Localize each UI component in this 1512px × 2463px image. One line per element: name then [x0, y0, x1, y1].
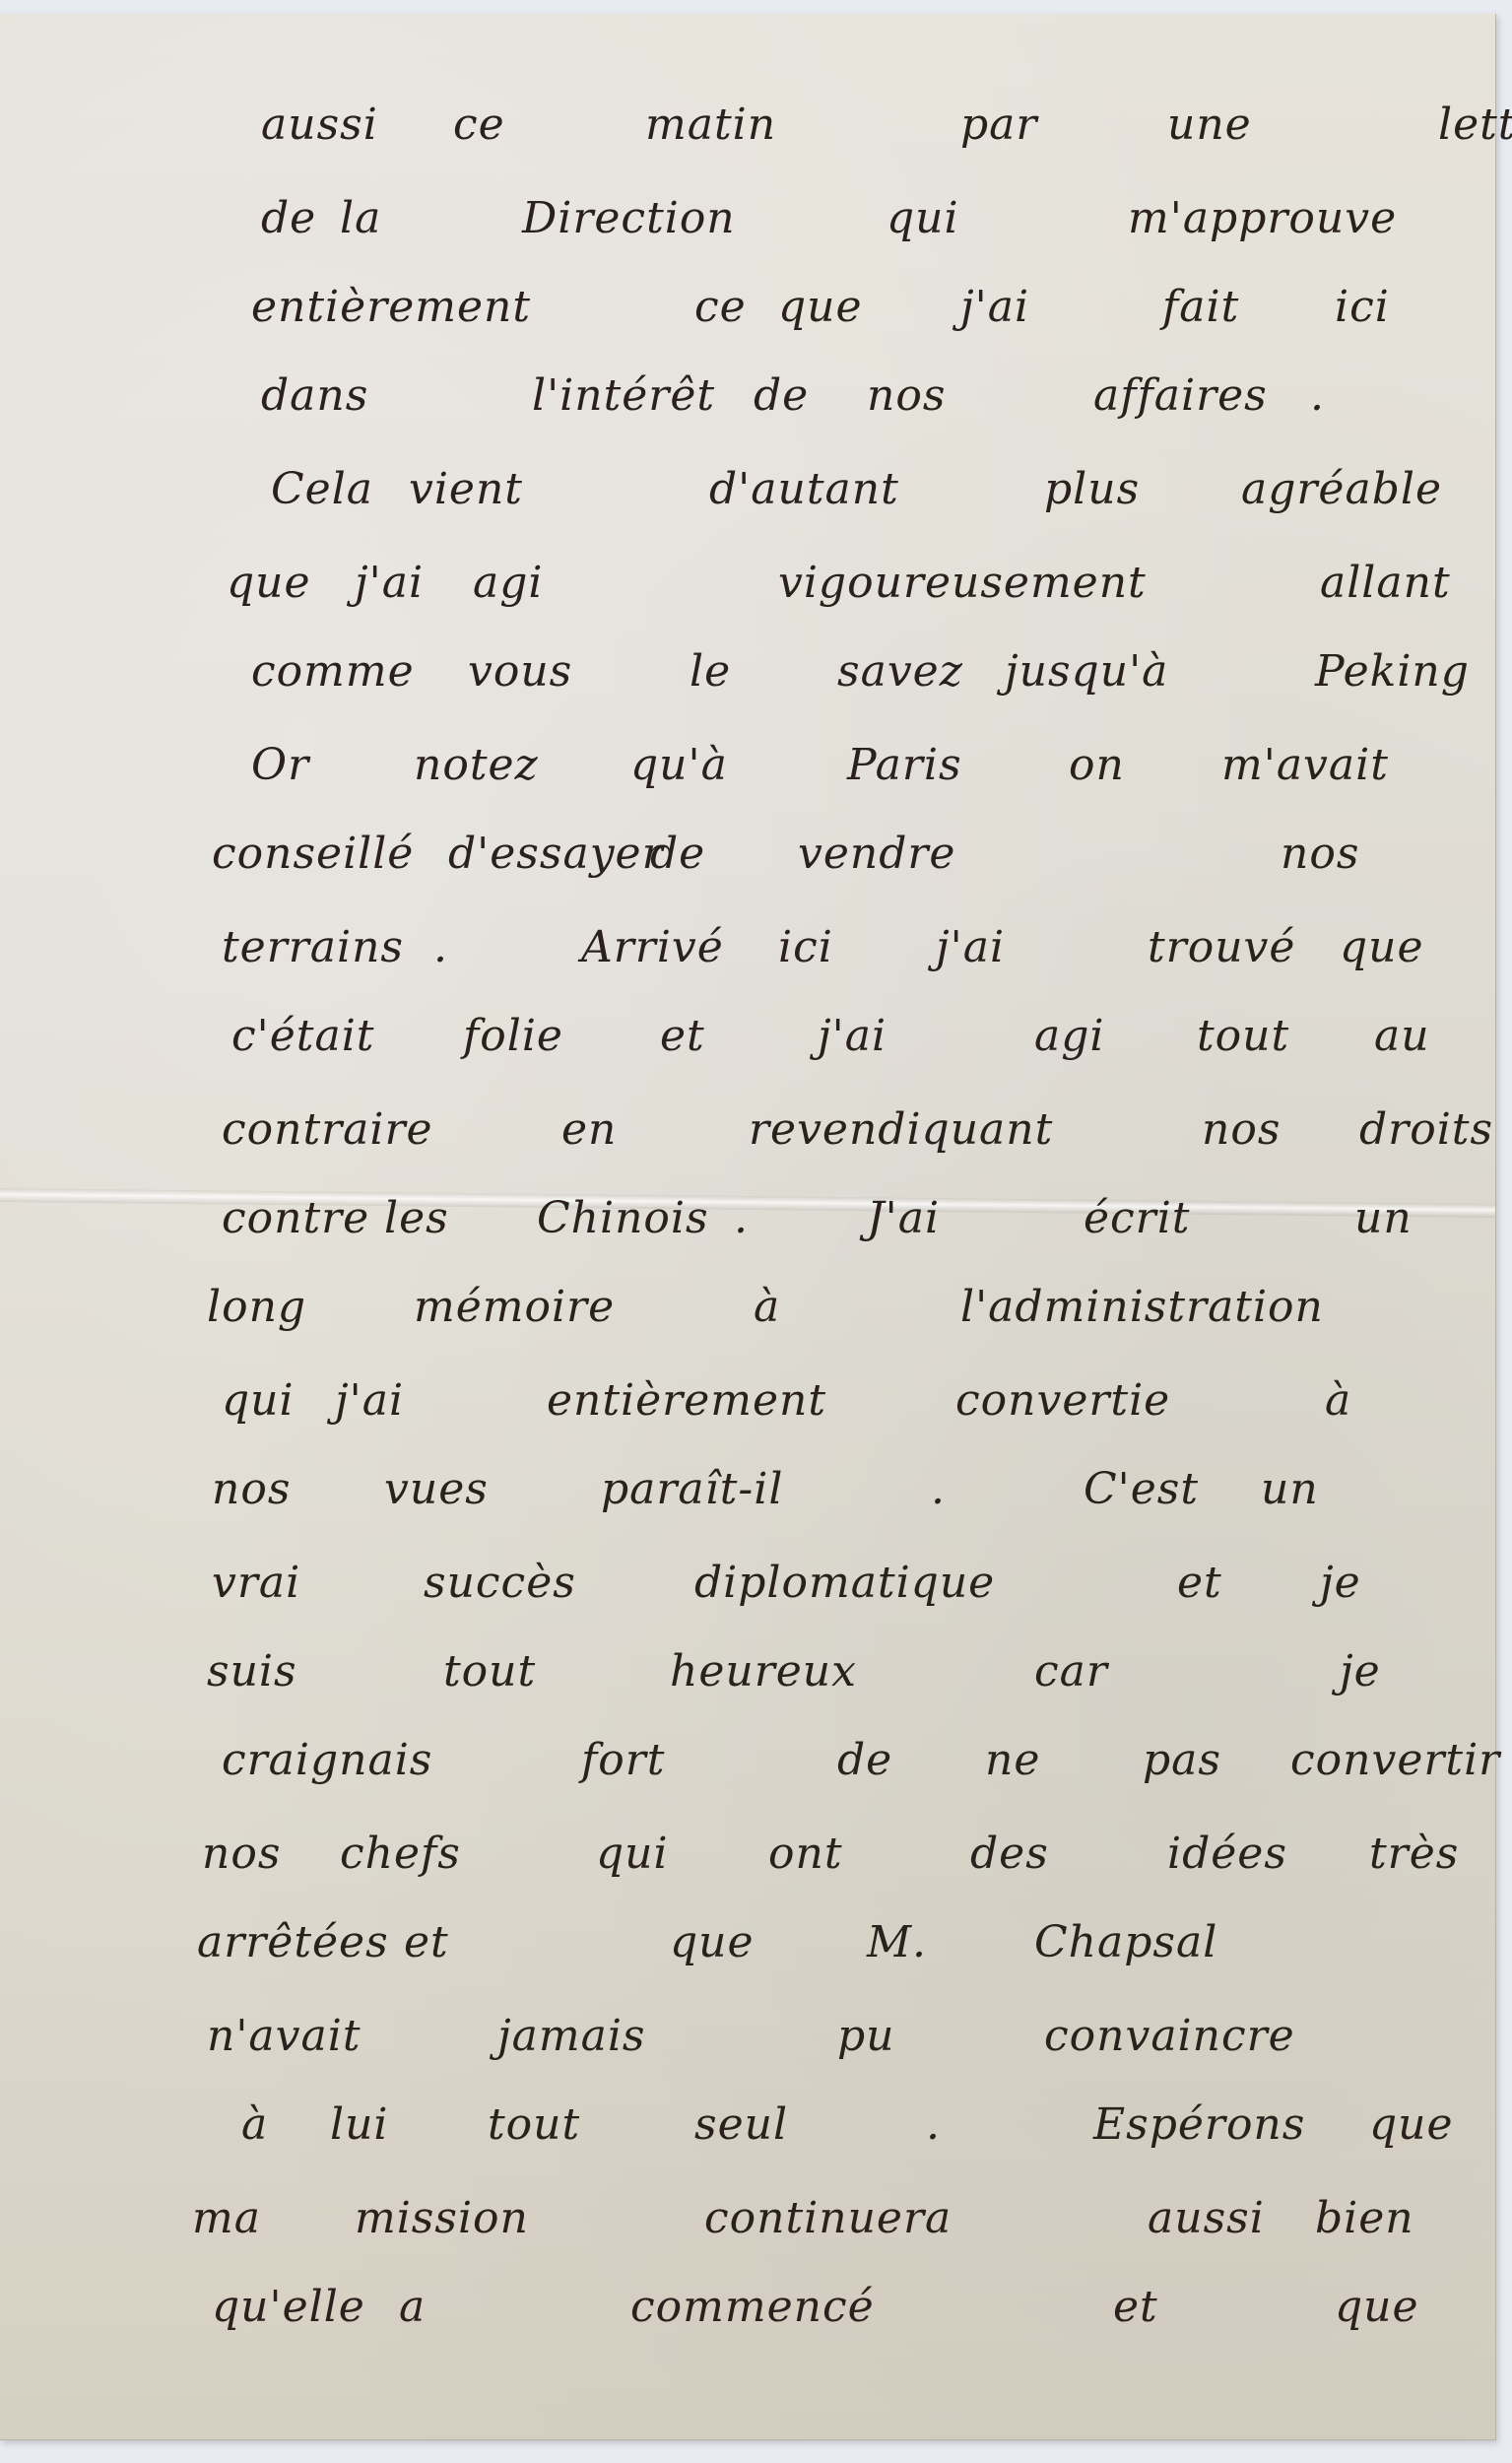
handwritten-word: convaincre — [1044, 2011, 1295, 2061]
handwritten-word: nos — [202, 1829, 281, 1879]
handwritten-word: de — [650, 829, 705, 879]
handwritten-word: Peking — [1315, 646, 1470, 697]
handwritten-word: ma — [192, 2193, 261, 2243]
text-line: entièrementcequej'aifaitici — [0, 255, 1495, 344]
text-line: aussicematinparunelettre — [0, 73, 1495, 162]
handwritten-word: vigoureusement — [778, 558, 1147, 608]
handwritten-word: arrêtées — [197, 1917, 389, 1967]
text-line: delaDirectionquim'approuve — [0, 166, 1495, 255]
handwritten-word: de — [754, 370, 809, 421]
handwritten-word: paraît-il — [601, 1464, 783, 1514]
handwritten-word: craignais — [222, 1735, 432, 1785]
handwritten-word: convertie — [955, 1375, 1170, 1426]
handwritten-word: Chinois — [537, 1193, 709, 1243]
handwritten-word: commencé — [630, 2282, 875, 2332]
handwritten-word: par — [960, 100, 1037, 150]
handwritten-word: l'administration — [960, 1282, 1324, 1332]
handwritten-word: Direction — [522, 193, 736, 243]
text-line: dansl'intérêtdenosaffaires. — [0, 344, 1495, 433]
handwritten-word: m'approuve — [1128, 193, 1397, 243]
handwritten-word: et — [404, 1917, 449, 1967]
text-line: conseilléd'essayerdevendrenos — [0, 802, 1495, 891]
handwritten-word: aussi — [1148, 2193, 1265, 2243]
handwritten-word: j'ai — [936, 922, 1005, 972]
handwritten-word: entièrement — [251, 282, 531, 332]
text-line: longmémoireàl'administration — [0, 1255, 1495, 1344]
handwritten-word: . — [1310, 370, 1325, 421]
handwritten-word: Chapsal — [1034, 1917, 1217, 1967]
handwritten-word: vues — [384, 1464, 489, 1514]
handwritten-word: heureux — [670, 1646, 857, 1697]
handwritten-word: plus — [1044, 464, 1140, 514]
handwritten-word: des — [970, 1829, 1049, 1879]
handwritten-word: mémoire — [414, 1282, 615, 1332]
handwritten-word: qui — [596, 1829, 669, 1879]
handwritten-word: ce — [694, 282, 747, 332]
handwritten-word: idées — [1167, 1829, 1287, 1879]
handwritten-word: . — [926, 2099, 941, 2150]
handwritten-word: chefs — [340, 1829, 461, 1879]
handwritten-word: un — [1354, 1193, 1413, 1243]
handwritten-word: n'avait — [207, 2011, 362, 2061]
letter-page: aussicematinparunelettredelaDirectionqui… — [0, 14, 1496, 2440]
handwritten-word: c'était — [231, 1011, 374, 1061]
handwritten-word: trouvé — [1148, 922, 1295, 972]
handwritten-word: conseillé — [212, 829, 414, 879]
handwritten-word: Paris — [847, 740, 962, 790]
handwritten-word: écrit — [1084, 1193, 1190, 1243]
handwritten-word: terrains — [222, 922, 404, 972]
handwritten-word: jusqu'à — [1005, 646, 1168, 697]
handwritten-word: fort — [581, 1735, 666, 1785]
handwritten-word: savez — [837, 646, 963, 697]
handwritten-word: ce — [453, 100, 505, 150]
handwritten-word: vient — [409, 464, 523, 514]
text-line: Ornotezqu'àParisonm'avait — [0, 713, 1495, 802]
handwritten-word: nos — [212, 1464, 291, 1514]
handwritten-word: Espérons — [1093, 2099, 1305, 2150]
handwritten-word: seul — [694, 2099, 788, 2150]
handwritten-word: . — [734, 1193, 749, 1243]
handwritten-word: de — [261, 193, 316, 243]
handwritten-word: tout — [1197, 1011, 1289, 1061]
handwritten-word: droits — [1359, 1104, 1493, 1155]
text-line: commevouslesavezjusqu'àPeking — [0, 620, 1495, 708]
handwritten-word: j'ai — [335, 1375, 404, 1426]
handwritten-word: . — [433, 922, 448, 972]
handwritten-word: comme — [251, 646, 415, 697]
handwritten-word: très — [1369, 1829, 1459, 1879]
handwritten-word: . — [931, 1464, 946, 1514]
handwritten-word: l'intérêt — [532, 370, 715, 421]
handwritten-word: continuera — [704, 2193, 952, 2243]
handwritten-word: les — [384, 1193, 449, 1243]
handwritten-word: long — [207, 1282, 306, 1332]
handwritten-word: dans — [261, 370, 368, 421]
handwritten-word: diplomatique — [694, 1558, 995, 1608]
handwritten-word: ne — [985, 1735, 1040, 1785]
handwritten-word: et — [660, 1011, 705, 1061]
handwritten-word: j'ai — [818, 1011, 887, 1061]
handwritten-word: qui — [887, 193, 959, 243]
handwritten-word: matin — [645, 100, 776, 150]
handwritten-word: que — [670, 1917, 755, 1967]
handwritten-word: tout — [443, 1646, 536, 1697]
text-line: contraireenrevendiquantnosdroits — [0, 1078, 1495, 1166]
text-line: contrelesChinois.J'aiécritun — [0, 1166, 1495, 1255]
handwritten-word: a — [399, 2282, 426, 2332]
handwritten-word: lettre — [1438, 100, 1512, 150]
handwritten-word: vendre — [798, 829, 955, 879]
handwritten-word: que — [227, 558, 311, 608]
text-line: nosvuesparaît-il.C'estun — [0, 1437, 1495, 1526]
handwritten-word: à — [754, 1282, 780, 1332]
handwritten-word: à — [1325, 1375, 1351, 1426]
handwritten-word: au — [1374, 1011, 1430, 1061]
handwritten-word: que — [1335, 2282, 1419, 2332]
handwritten-word: allant — [1320, 558, 1451, 608]
handwritten-word: notez — [414, 740, 539, 790]
handwritten-word: vous — [468, 646, 572, 697]
handwritten-word: d'autant — [709, 464, 899, 514]
handwritten-word: pas — [1143, 1735, 1221, 1785]
text-line: àluitoutseul.Espéronsque — [0, 2073, 1495, 2162]
handwritten-word: Or — [251, 740, 309, 790]
handwritten-word: que — [778, 282, 863, 332]
handwritten-word: agi — [473, 558, 543, 608]
handwritten-word: nos — [1281, 829, 1359, 879]
text-line: noschefsquiontdesidéestrès — [0, 1802, 1495, 1891]
handwritten-word: revendiquant — [749, 1104, 1053, 1155]
handwritten-word: entièrement — [547, 1375, 826, 1426]
text-line: arrêtéesetqueM.Chapsal — [0, 1891, 1495, 1979]
handwritten-word: nos — [867, 370, 946, 421]
text-line: suistoutheureuxcarje — [0, 1620, 1495, 1708]
handwritten-word: C'est — [1084, 1464, 1199, 1514]
handwritten-word: J'ai — [867, 1193, 940, 1243]
handwritten-word: vrai — [212, 1558, 300, 1608]
handwritten-word: ici — [1335, 282, 1390, 332]
handwritten-word: mission — [355, 2193, 529, 2243]
handwritten-word: j'ai — [355, 558, 424, 608]
handwritten-word: convertir — [1290, 1735, 1500, 1785]
handwritten-word: folie — [463, 1011, 563, 1061]
handwritten-word: que — [1369, 2099, 1454, 2150]
text-line: c'étaitfolieetj'aiagitoutau — [0, 984, 1495, 1073]
handwritten-word: de — [837, 1735, 892, 1785]
handwritten-word: tout — [488, 2099, 580, 2150]
handwritten-word: la — [340, 193, 381, 243]
text-line: qu'elleacommencéetque — [0, 2255, 1495, 2344]
handwritten-word: bien — [1315, 2193, 1414, 2243]
handwritten-word: un — [1261, 1464, 1319, 1514]
handwritten-word: aussi — [261, 100, 378, 150]
text-line: craignaisfortdenepasconvertir — [0, 1708, 1495, 1797]
text-line: terrains.Arrivéicij'aitrouvéque — [0, 896, 1495, 984]
handwritten-word: nos — [1202, 1104, 1281, 1155]
text-line: mamissioncontinueraaussibien — [0, 2166, 1495, 2255]
handwritten-word: Cela — [271, 464, 373, 514]
handwritten-word: à — [241, 2099, 268, 2150]
handwritten-word: affaires — [1093, 370, 1268, 421]
handwritten-word: contre — [222, 1193, 369, 1243]
handwritten-word: agréable — [1241, 464, 1442, 514]
handwritten-word: et — [1113, 2282, 1158, 2332]
handwritten-word: qu'à — [630, 740, 728, 790]
handwritten-word: on — [1069, 740, 1125, 790]
handwritten-word: le — [690, 646, 731, 697]
text-line: n'avaitjamaispuconvaincre — [0, 1984, 1495, 2073]
handwritten-word: et — [1177, 1558, 1222, 1608]
handwritten-word: car — [1034, 1646, 1108, 1697]
handwritten-word: d'essayer — [448, 829, 664, 879]
handwritten-word: M. — [867, 1917, 927, 1967]
handwritten-word: fait — [1162, 282, 1239, 332]
text-line: vraisuccèsdiplomatiqueetje — [0, 1531, 1495, 1620]
handwritten-word: succès — [424, 1558, 576, 1608]
handwritten-word: suis — [207, 1646, 297, 1697]
handwritten-word: que — [1340, 922, 1424, 972]
handwritten-word: agi — [1034, 1011, 1104, 1061]
handwritten-word: qui — [222, 1375, 295, 1426]
handwritten-word: je — [1320, 1558, 1361, 1608]
text-line: Celavientd'autantplusagréable — [0, 437, 1495, 526]
handwritten-word: ont — [768, 1829, 843, 1879]
handwritten-word: pu — [837, 2011, 895, 2061]
handwritten-word: en — [561, 1104, 617, 1155]
handwritten-word: j'ai — [960, 282, 1029, 332]
handwritten-word: lui — [330, 2099, 388, 2150]
text-line: quij'aientièrementconvertieà — [0, 1349, 1495, 1437]
handwritten-word: jamais — [497, 2011, 645, 2061]
handwritten-word: qu'elle — [212, 2282, 365, 2332]
handwritten-word: contraire — [222, 1104, 433, 1155]
handwritten-word: ici — [778, 922, 833, 972]
handwritten-word: m'avait — [1221, 740, 1389, 790]
handwritten-word: Arrivé — [581, 922, 724, 972]
text-line: quej'aiagivigoureusementallant — [0, 531, 1495, 620]
handwritten-word: une — [1167, 100, 1252, 150]
handwritten-word: je — [1340, 1646, 1381, 1697]
